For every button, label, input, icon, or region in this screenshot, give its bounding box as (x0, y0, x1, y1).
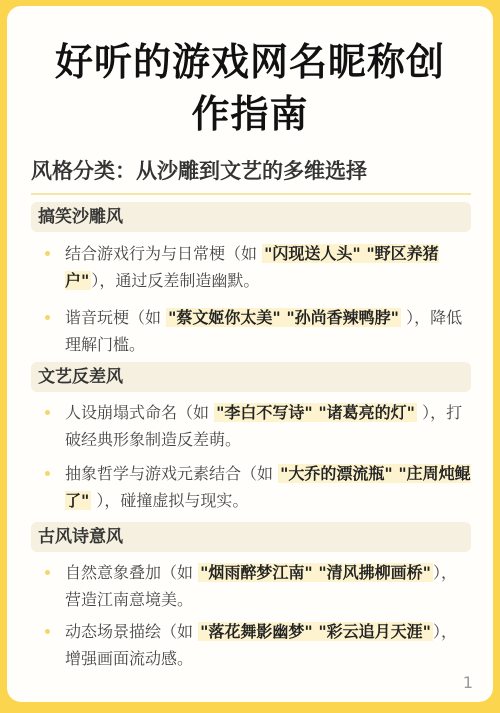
example-highlight: "落花舞影幽梦" "彩云追月天涯" (198, 622, 433, 641)
list-item: 动态场景描绘（如 "落花舞影幽梦" "彩云追月天涯"），增强画面流动感。 (65, 618, 473, 672)
bullet-icon (45, 471, 50, 476)
section-heading-classical: 古风诗意风 (31, 522, 471, 552)
title-line-1: 好听的游戏网名昵称创 (7, 36, 493, 88)
page-number: 1 (463, 673, 473, 692)
list-item: 谐音玩梗（如 "蔡文姬你太美" "孙尚香辣鸭脖" ），降低理解门槛。 (65, 304, 473, 358)
list-item: 抽象哲学与游戏元素结合（如 "大乔的漂流瓶" "庄周炖鲲了" ），碰撞虚拟与现实… (65, 460, 473, 514)
list-item: 结合游戏行为与日常梗（如 "闪现送人头" "野区养猪户"），通过反差制造幽默。 (65, 240, 473, 294)
example-highlight: "烟雨醉梦江南" "清风拂柳画桥" (198, 563, 433, 582)
section-heading-funny: 搞笑沙雕风 (31, 202, 471, 232)
list-item: 人设崩塌式命名（如 "李白不写诗" "诸葛亮的灯" ），打破经典形象制造反差萌。 (65, 399, 473, 453)
bullet-icon (45, 410, 50, 415)
page-title: 好听的游戏网名昵称创 作指南 (7, 36, 493, 140)
list-item: 自然意象叠加（如 "烟雨醉梦江南" "清风拂柳画桥"），营造江南意境美。 (65, 559, 473, 613)
example-highlight: "蔡文姬你太美" "孙尚香辣鸭脖" (166, 308, 401, 327)
section-heading-artsy: 文艺反差风 (31, 362, 471, 392)
bullet-icon (45, 315, 50, 320)
title-line-2: 作指南 (7, 88, 493, 140)
bullet-icon (45, 570, 50, 575)
bullet-icon (45, 251, 50, 256)
subtitle: 风格分类：从沙雕到文艺的多维选择 (31, 156, 367, 186)
bullet-icon (45, 629, 50, 634)
card: 好听的游戏网名昵称创 作指南 风格分类：从沙雕到文艺的多维选择 搞笑沙雕风 结合… (7, 6, 493, 702)
divider (31, 193, 471, 195)
example-highlight: "李白不写诗" "诸葛亮的灯" (214, 403, 417, 422)
